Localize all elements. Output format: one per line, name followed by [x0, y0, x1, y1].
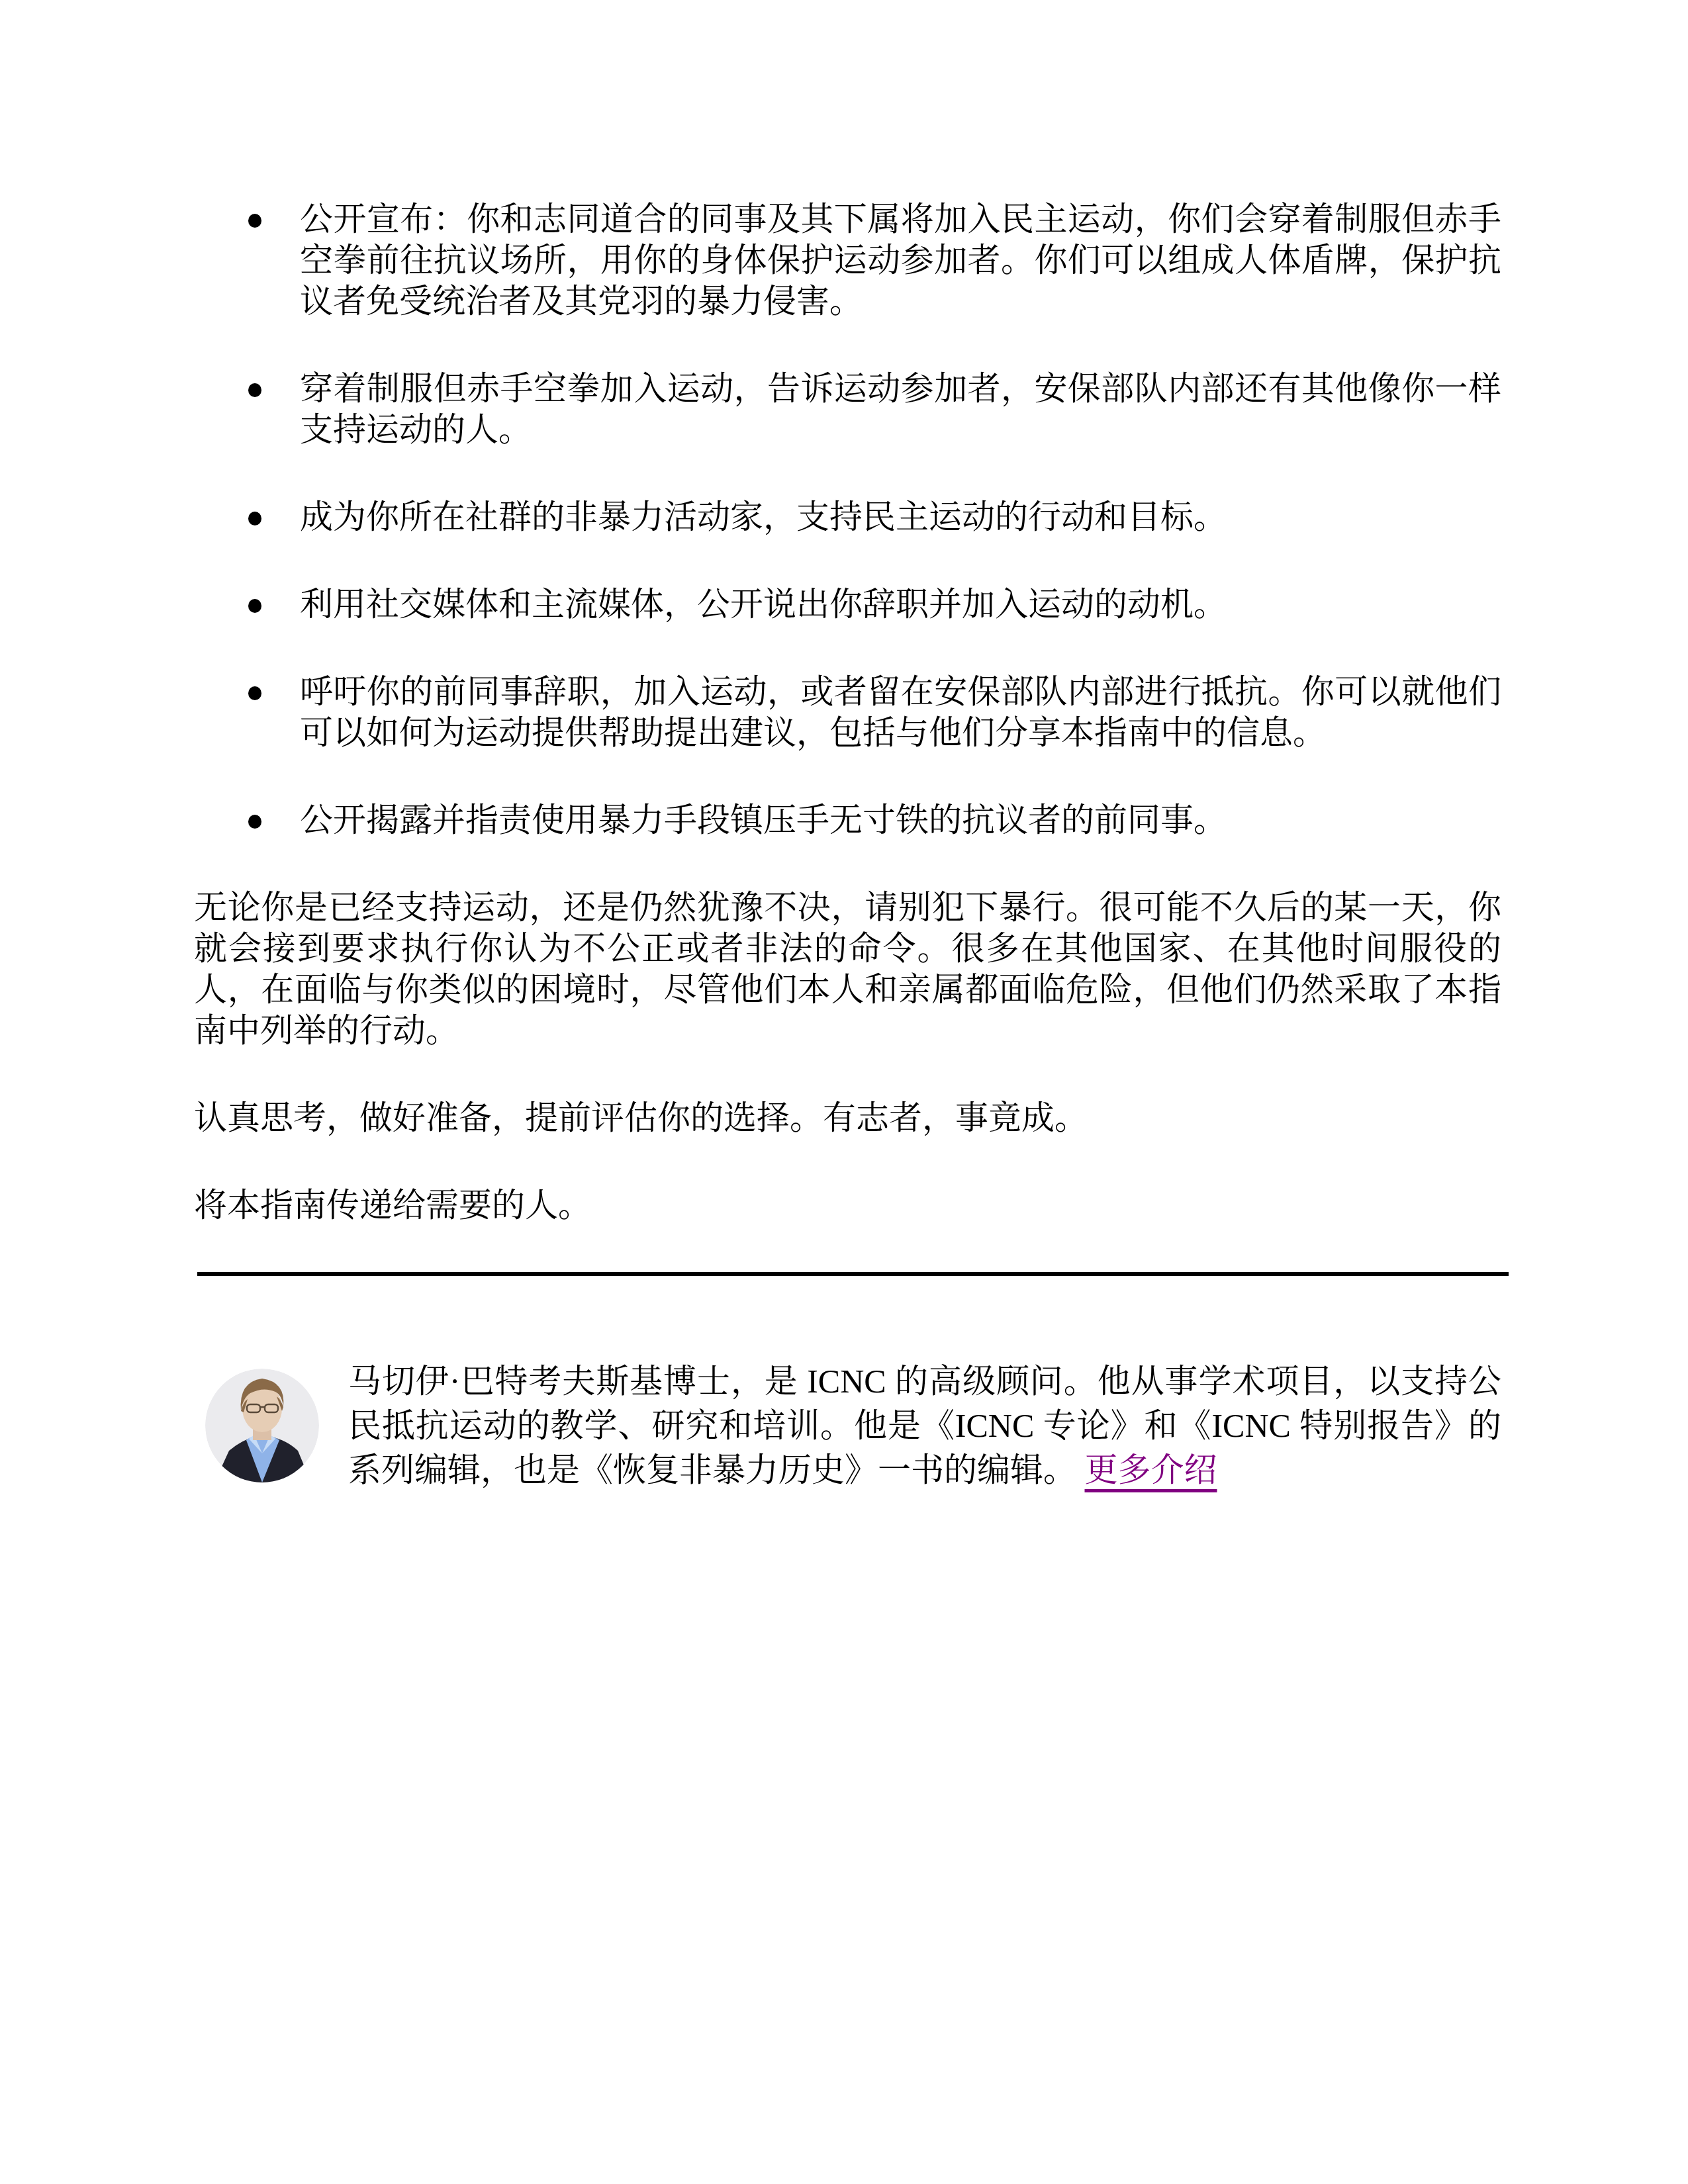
document-content: 公开宣布：你和志同道合的同事及其下属将加入民主运动，你们会穿着制服但赤手空拳前往…	[194, 199, 1501, 1492]
bullet-icon	[248, 383, 261, 397]
section-divider	[197, 1272, 1509, 1276]
author-bio-section: 马切伊·巴特考夫斯基博士，是 ICNC 的高级顾问。他从事学术项目，以支持公民抵…	[194, 1359, 1501, 1492]
bullet-text: 公开宣布：你和志同道合的同事及其下属将加入民主运动，你们会穿着制服但赤手空拳前往…	[300, 201, 1501, 320]
bullet-icon	[248, 599, 261, 613]
bullet-item: 成为你所在社群的非暴力活动家，支持民主运动的行动和目标。	[194, 496, 1501, 537]
author-avatar	[205, 1369, 319, 1482]
author-photo-icon	[205, 1369, 319, 1482]
bullet-text: 公开揭露并指责使用暴力手段镇压手无寸铁的抗议者的前同事。	[300, 801, 1227, 839]
bullet-item: 利用社交媒体和主流媒体，公开说出你辞职并加入运动的动机。	[194, 584, 1501, 625]
bullet-item: 公开宣布：你和志同道合的同事及其下属将加入民主运动，你们会穿着制服但赤手空拳前往…	[194, 199, 1501, 322]
bullet-text: 利用社交媒体和主流媒体，公开说出你辞职并加入运动的动机。	[300, 586, 1227, 623]
bullet-text: 成为你所在社群的非暴力活动家，支持民主运动的行动和目标。	[300, 498, 1227, 535]
bullet-icon	[248, 815, 261, 829]
document-page: 公开宣布：你和志同道合的同事及其下属将加入民主运动，你们会穿着制服但赤手空拳前往…	[0, 0, 1688, 2184]
bullet-text: 穿着制服但赤手空拳加入运动，告诉运动参加者，安保部队内部还有其他像你一样支持运动…	[300, 370, 1501, 448]
paragraph: 无论你是已经支持运动，还是仍然犹豫不决，请别犯下暴行。很可能不久后的某一天，你就…	[194, 887, 1501, 1051]
bio-text: 马切伊·巴特考夫斯基博士，是 ICNC 的高级顾问。他从事学术项目，以支持公民抵…	[348, 1363, 1501, 1488]
more-info-link[interactable]: 更多介绍	[1085, 1451, 1217, 1488]
bullet-icon	[248, 214, 261, 228]
bullet-item: 穿着制服但赤手空拳加入运动，告诉运动参加者，安保部队内部还有其他像你一样支持运动…	[194, 368, 1501, 450]
bullet-item: 呼吁你的前同事辞职，加入运动，或者留在安保部队内部进行抵抗。你可以就他们可以如何…	[194, 671, 1501, 753]
paragraph: 认真思考，做好准备，提前评估你的选择。有志者，事竟成。	[194, 1097, 1501, 1138]
bullet-icon	[248, 686, 261, 700]
bullet-icon	[248, 512, 261, 525]
bullet-text: 呼吁你的前同事辞职，加入运动，或者留在安保部队内部进行抵抗。你可以就他们可以如何…	[300, 673, 1501, 751]
paragraph: 将本指南传递给需要的人。	[194, 1185, 1501, 1226]
bullet-item: 公开揭露并指责使用暴力手段镇压手无寸铁的抗议者的前同事。	[194, 799, 1501, 841]
